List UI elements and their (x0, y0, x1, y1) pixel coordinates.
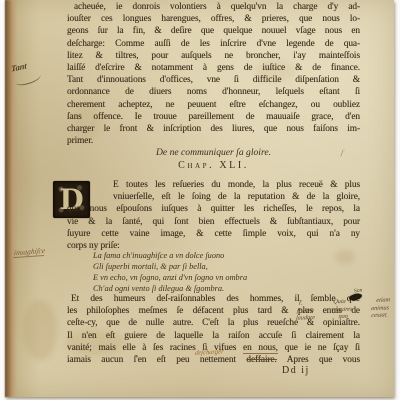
text-line: vie & la ſanté, qui ſont bien effectuels… (67, 216, 360, 228)
text-line: Gli ſuperbi mortali, & par ſi bella, (93, 261, 247, 272)
paper-stain (23, 300, 57, 360)
text-line: ſuyure cette vaine image, & cette ſimple… (67, 228, 360, 240)
book-page: acheuée, ie donrois volontiers à quelqu'… (5, 0, 394, 397)
text-segment: Apres que vous (277, 355, 360, 365)
handwritten-margin-correction-tant: Tant (11, 60, 27, 73)
text-line: iamais aucun ſ'en eſt peu nettement deff… (67, 354, 360, 366)
text-line: ſans offence. Ie trouue pareillement de … (67, 111, 360, 123)
ink-flourish (14, 70, 42, 88)
page-torn-edge (5, 0, 17, 397)
text-line: cherement acheptez, ne peuuent eſtre eſc… (67, 99, 360, 111)
chapter-number: Chap. XLI. (67, 160, 360, 171)
text-line: Il n'en eſt guiere de laquelle la raiſon… (67, 330, 360, 342)
text-segment: iamais aucun ſ'en eſt peu nettement (67, 355, 246, 365)
text-segment: que ie ne ſçay ſi (278, 343, 360, 353)
text-line: E vn echo, vn ſogno, anzi d'vn ſogno vn … (93, 272, 247, 283)
printed-paragraph-2: E toutes les reſueries du monde, la plus… (67, 179, 360, 252)
chapter-title-italic: De ne communiquer ſa gloire. (67, 147, 360, 158)
text-line: geons ſur la fin, & deſire que quelque n… (67, 25, 360, 37)
text-line: iouſter ces longues harengues, offres, &… (67, 13, 360, 25)
text-line: deſcharge: Comme auſſi de les inſcrire d… (67, 38, 360, 50)
ink-underlined-words: en nous, (243, 343, 278, 354)
page-signature: Dd ij (282, 365, 310, 376)
text-line: litez & tiltres, pour auſquels ne bronch… (67, 50, 360, 62)
text-line: que nous eſpouſons iuſques à quitter les… (67, 203, 360, 215)
handwritten-margin-note-latin: T. Quia etiamfrustra requires animuslaud… (295, 296, 390, 322)
text-line: ordonnance de diuers noms d'honneur, leſ… (67, 86, 360, 98)
text-line: vniuerſelle, eſt le ſoing de la reputati… (113, 191, 360, 203)
handwritten-overmark: Son (354, 287, 363, 294)
text-line: acheuée, ie donrois volontiers à quelqu'… (67, 1, 360, 13)
book-scan: acheuée, ie donrois volontiers à quelqu'… (0, 0, 400, 400)
text-line: laiſſé d'eſcrire & notamment à gens de i… (67, 62, 360, 74)
text-line: Tant d'innouations d'offices, vne ſi dif… (67, 74, 360, 86)
text-line: La fama ch'inuaghiſce a vn dolce ſuono (93, 250, 247, 261)
handwritten-margin-note-inuaghisce: inuaghiſce (13, 246, 46, 258)
text-line: charger le front & inſcription des liure… (67, 123, 360, 135)
text-line: E toutes les reſueries du monde, la plus… (113, 179, 360, 191)
struck-out-word: deffaire. (246, 355, 276, 365)
printed-paragraph-1: acheuée, ie donrois volontiers à quelqu'… (67, 1, 360, 147)
italic-verse-quote: La fama ch'inuaghiſce a vn dolce ſuonoGl… (93, 250, 247, 294)
text-line: primer. (67, 135, 360, 147)
